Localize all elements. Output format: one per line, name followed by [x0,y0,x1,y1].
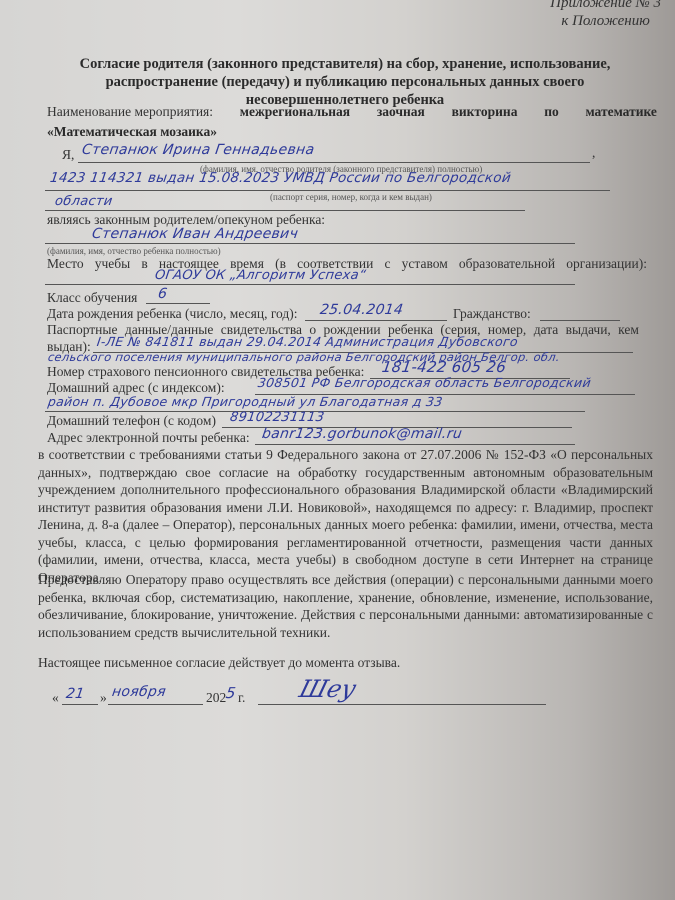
signature-field[interactable]: Шеу [296,675,359,703]
birthdate-label: Дата рождения ребенка (число, месяц, год… [47,306,298,322]
address-field[interactable]: 308501 РФ Белгородская область Белгородс… [257,375,592,390]
consent-form-page: Приложение № 3 к Положению Согласие роди… [0,0,675,900]
certificate-label-word: кем [618,322,639,338]
address-field-line2[interactable]: район п. Дубовое мкр Пригородный ул Благ… [47,394,444,409]
birthdate-field[interactable]: 25.04.2014 [319,302,404,318]
date-year-prefix: 202 [206,690,226,706]
certificate-label-word: выдачи, [566,322,611,338]
comma: , [592,145,595,161]
snils-field[interactable]: 181-422 605 26 [381,358,508,376]
event-name-row: Наименование мероприятия: межрегиональна… [47,104,657,120]
date-year-suffix: г. [238,690,245,706]
phone-label: Домашний телефон (с кодом) [47,413,216,429]
title-line-2: распространение (передачу) и публикацию … [40,73,650,91]
school-label-word: с [385,256,391,272]
signature-line [258,704,546,705]
passport-caption: (паспорт серия, номер, когда и кем выдан… [270,192,432,202]
phone-field[interactable]: 89102231113 [229,410,325,425]
citizenship-label: Гражданство: [453,306,531,322]
certificate-label-word: дата [534,322,559,338]
date-day-field[interactable]: 21 [65,686,86,702]
email-line [255,444,575,445]
date-month-field[interactable]: ноября [111,684,167,700]
passport-line-2 [45,210,525,211]
email-label: Адрес электронной почты ребенка: [47,430,250,446]
event-word: математике [585,104,656,120]
school-label-word: учебы [95,256,130,272]
appendix-header: Приложение № 3 к Положению [550,0,661,30]
date-open-quote: « [52,690,59,706]
event-word: по [544,104,559,120]
consent-paragraph-2: Предоставляю Оператору право осуществлят… [38,571,653,641]
school-label-word: образовательной [459,256,555,272]
parent-passport-field[interactable]: 1423 114321 выдан 15.08.2023 УМВД России… [49,170,512,186]
school-label-word: организации): [566,256,647,272]
grade-line [146,303,210,304]
event-title: «Математическая мозаика» [47,124,217,140]
date-close-quote: » [100,690,107,706]
child-name-caption: (фамилия, имя, отчество ребенка полность… [47,246,221,256]
child-name-field[interactable]: Степанюк Иван Андреевич [91,226,299,242]
school-label-word: Место [47,256,84,272]
month-line [108,704,203,705]
consent-paragraph-1: в соответствии с требованиями статьи 9 Ф… [38,446,653,586]
appendix-reference: к Положению [550,12,661,30]
event-label: Наименование мероприятия: [47,104,213,120]
validity-statement: Настоящее письменное согласие действует … [38,655,400,671]
citizenship-line [540,320,620,321]
child-name-line [45,243,575,244]
grade-field[interactable]: 6 [157,286,168,302]
day-line [62,704,98,705]
school-field[interactable]: ОГАОУ ОК „Алгоритм Успеха“ [154,268,367,283]
document-title: Согласие родителя (законного представите… [40,55,650,109]
passport-line [45,190,610,191]
parent-name-field[interactable]: Степанюк Ирина Геннадьевна [81,142,316,158]
parent-prefix: Я, [62,147,74,163]
event-word: викторина [452,104,518,120]
certificate-field[interactable]: I-ЛЕ № 841811 выдан 29.04.2014 Администр… [96,334,519,349]
appendix-number: Приложение № 3 [550,0,661,12]
birthdate-line [305,320,447,321]
school-line [45,284,575,285]
parent-passport-field-line2[interactable]: области [54,194,114,209]
parent-name-line [78,162,590,163]
title-line-1: Согласие родителя (законного представите… [40,55,650,73]
school-label-word: в [141,256,147,272]
grade-label: Класс обучения [47,290,137,306]
event-word: заочная [377,104,425,120]
event-word: межрегиональная [240,104,350,120]
email-field[interactable]: banr123.gorbunok@mail.ru [261,426,463,442]
school-label-word: уставом [402,256,448,272]
date-year-digit-field[interactable]: 5 [225,684,237,702]
